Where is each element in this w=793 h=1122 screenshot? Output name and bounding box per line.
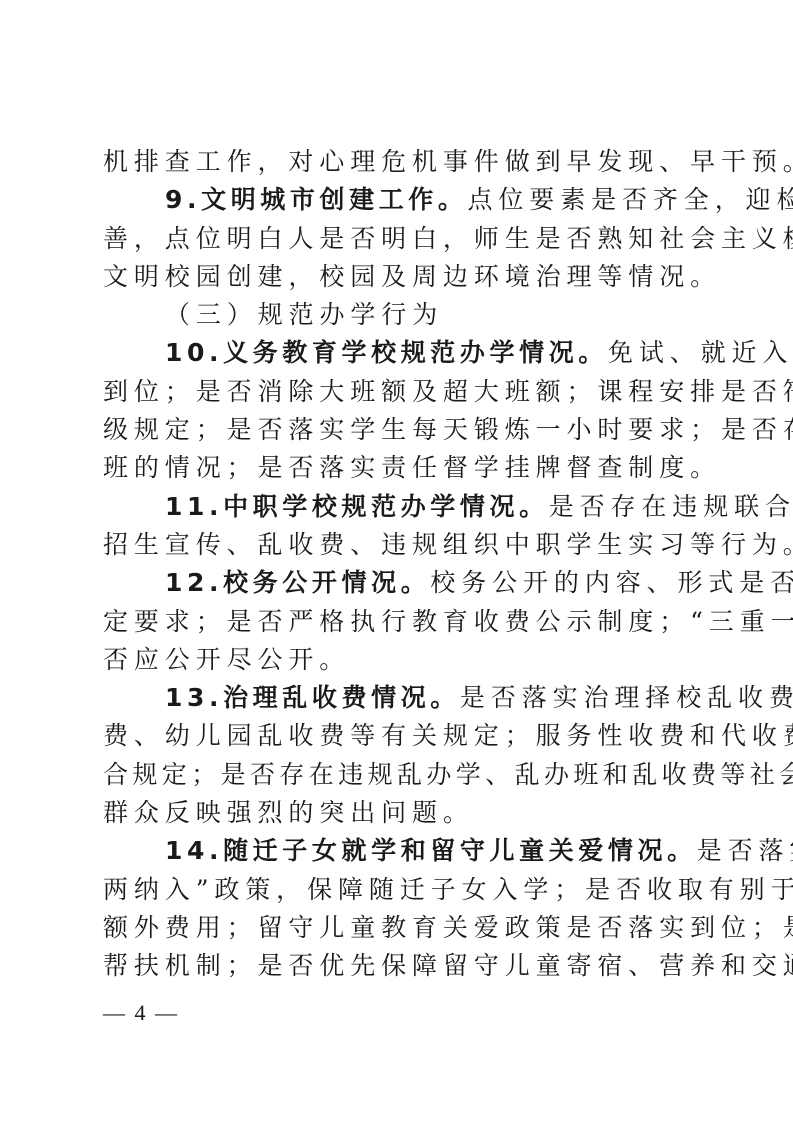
text-line: 文明校园创建，校园及周边环境治理等情况。	[103, 258, 703, 296]
page-number: — 4 —	[103, 1000, 179, 1026]
text-line: 善，点位明白人是否明白，师生是否熟知社会主义核心价值观，	[103, 220, 703, 258]
text-line: 班的情况；是否落实责任督学挂牌督查制度。	[103, 449, 703, 487]
heading-12-line: 12.校务公开情况。校务公开的内容、形式是否符合国家规	[103, 564, 703, 602]
text-line: 帮扶机制；是否优先保障留守儿童寄宿、营养和交通需求。	[103, 947, 703, 985]
item-heading: 13.治理乱收费情况。	[165, 683, 460, 712]
text-line: 群众反映强烈的突出问题。	[103, 794, 703, 832]
heading-13-line: 13.治理乱收费情况。是否落实治理择校乱收费、补课乱收	[103, 679, 703, 717]
item-heading: 10.义务教育学校规范办学情况。	[165, 338, 608, 367]
text-line: 费、幼儿园乱收费等有关规定；服务性收费和代收费收取是否符	[103, 717, 703, 755]
heading-11-line: 11.中职学校规范办学情况。是否存在违规联合办学、虚假	[103, 488, 703, 526]
text-line: 定要求；是否严格执行教育收费公示制度；“三重一大”事项是	[103, 603, 703, 641]
heading-10-line: 10.义务教育学校规范办学情况。免试、就近入学是否落实	[103, 334, 703, 372]
heading-14-line: 14.随迁子女就学和留守儿童关爱情况。是否落实“两为主、	[103, 832, 703, 870]
item-heading: 12.校务公开情况。	[165, 568, 430, 597]
text-line: 合规定；是否存在违规乱办学、乱办班和乱收费等社会高度关注、	[103, 756, 703, 794]
item-heading: 9.文明城市创建工作。	[165, 185, 468, 214]
text-line: 否应公开尽公开。	[103, 641, 703, 679]
item-heading: 11.中职学校规范办学情况。	[165, 492, 549, 521]
text-line: 招生宣传、乱收费、违规组织中职学生实习等行为。	[103, 526, 703, 564]
item-heading: 14.随迁子女就学和留守儿童关爱情况。	[165, 836, 697, 865]
heading-9-line: 9.文明城市创建工作。点位要素是否齐全，迎检方案是否完	[103, 181, 703, 219]
text-line: 级规定；是否落实学生每天锻炼一小时要求；是否存在划分重点	[103, 411, 703, 449]
section-heading: （三）规范办学行为	[103, 296, 703, 334]
text-line: 两纳入”政策，保障随迁子女入学；是否收取有别于户籍学生的	[103, 871, 703, 909]
document-body: 机排查工作，对心理危机事件做到早发现、早干预。 9.文明城市创建工作。点位要素是…	[103, 143, 703, 986]
text-line: 机排查工作，对心理危机事件做到早发现、早干预。	[103, 143, 703, 181]
text-line: 到位；是否消除大班额及超大班额；课程安排是否符合国家和省	[103, 373, 703, 411]
text-line: 额外费用；留守儿童教育关爱政策是否落实到位；是否建立结对	[103, 909, 703, 947]
